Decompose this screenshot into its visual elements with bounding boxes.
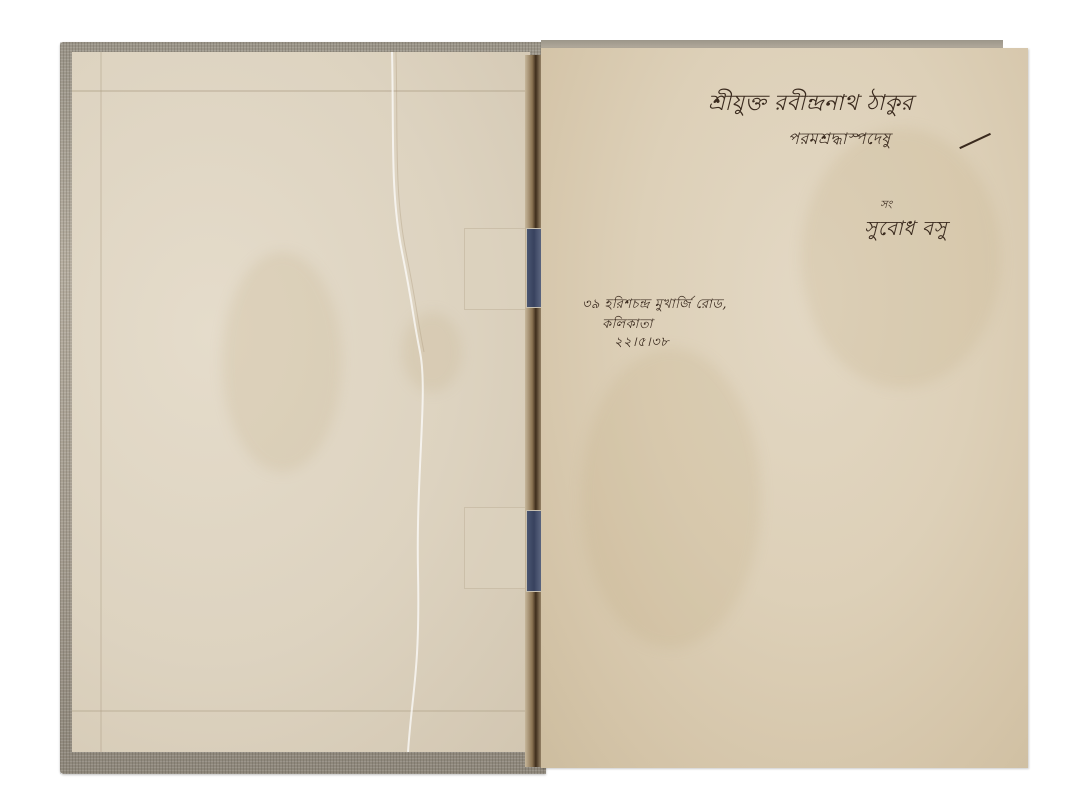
hinge-reinforcement bbox=[464, 507, 528, 589]
paper-stain bbox=[581, 348, 761, 648]
paper-stain bbox=[222, 252, 342, 472]
hinge-reinforcement bbox=[464, 228, 528, 310]
paper-stain bbox=[801, 128, 1001, 388]
inscription-address-street: ৩৯ হরিশচন্দ্র মুখার্জি রোড, bbox=[582, 295, 727, 316]
front-pastedown bbox=[72, 52, 530, 752]
spine-tape bbox=[526, 510, 542, 592]
paper-crease bbox=[372, 52, 432, 752]
inscription-salutation: পরমশ্রদ্ধাস্পদেষু bbox=[788, 126, 891, 153]
cloth-turn-in-bottom bbox=[72, 710, 530, 712]
open-book: শ্রীযুক্ত রবীন্দ্রনাথ ঠাকুর পরমশ্রদ্ধাস্… bbox=[0, 0, 1080, 811]
cloth-turn-in-top bbox=[72, 90, 530, 92]
inscription-signature-prefix: সং bbox=[880, 196, 893, 215]
inscription-recipient: শ্রীযুক্ত রবীন্দ্রনাথ ঠাকুর bbox=[708, 86, 913, 123]
spine-tape bbox=[526, 228, 542, 308]
inscription-date: ২২।৫।৩৮ bbox=[614, 333, 669, 354]
cloth-turn-in-left bbox=[100, 52, 102, 752]
inscription-signature: সুবোধ বসু bbox=[864, 214, 947, 247]
front-free-endpaper bbox=[541, 48, 1028, 768]
